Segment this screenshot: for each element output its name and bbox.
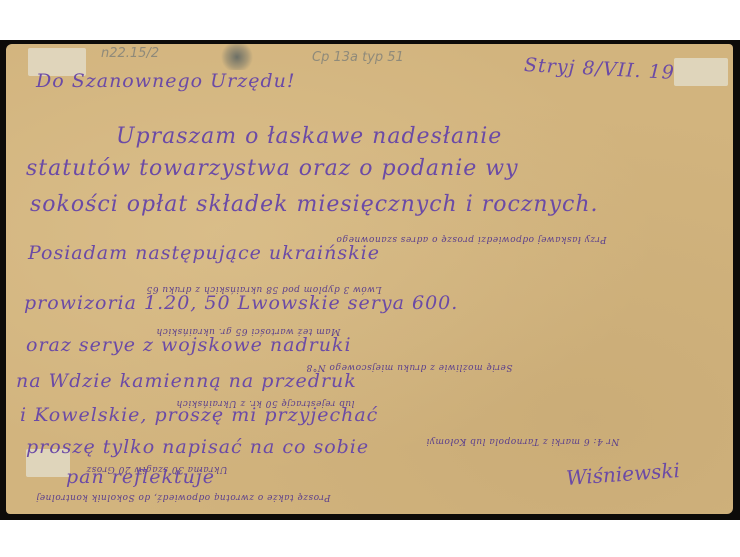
signature: Wiśniewski	[565, 458, 680, 490]
body-line: pan reflektuje	[66, 466, 215, 488]
pencil-note-catalog: n22.15/2	[101, 46, 159, 61]
postmark-smudge	[220, 44, 254, 70]
salutation: Do Szanownego Urzędu!	[36, 70, 296, 92]
pencil-note-type: Cp 13a typ 51	[312, 50, 404, 65]
body-line: na Wdzie kamienną na przedruk	[16, 370, 357, 392]
body-line: sokości opłat składek miesięcznych i roc…	[30, 192, 599, 217]
place-date: Stryj 8/VII. 19	[524, 54, 676, 84]
body-line: i Kowelskie, proszę mi przyjechać	[20, 404, 378, 426]
stamp-hinge-top-right	[674, 58, 728, 86]
body-line: Upraszam o łaskawe nadesłanie	[116, 124, 502, 149]
upside-down-note: Nr 4: 6 marki z Tarnopola lub Kołomyi	[426, 436, 619, 446]
upside-down-note: Proszę także o zwrotną odpowiedź, do Sok…	[36, 492, 330, 502]
body-line: prowizoria 1.20, 50 Lwowskie serya 600.	[24, 292, 458, 314]
body-line: oraz serye z wojskowe nadruki	[26, 334, 352, 356]
body-line: statutów towarzystwa oraz o podanie wy	[26, 156, 519, 181]
body-line: Posiadam następujące ukraińskie	[28, 242, 380, 264]
body-line: proszę tylko napisać na co sobie	[26, 436, 369, 458]
postcard: n22.15/2 Cp 13a typ 51 Do Szanownego Urz…	[6, 44, 733, 514]
